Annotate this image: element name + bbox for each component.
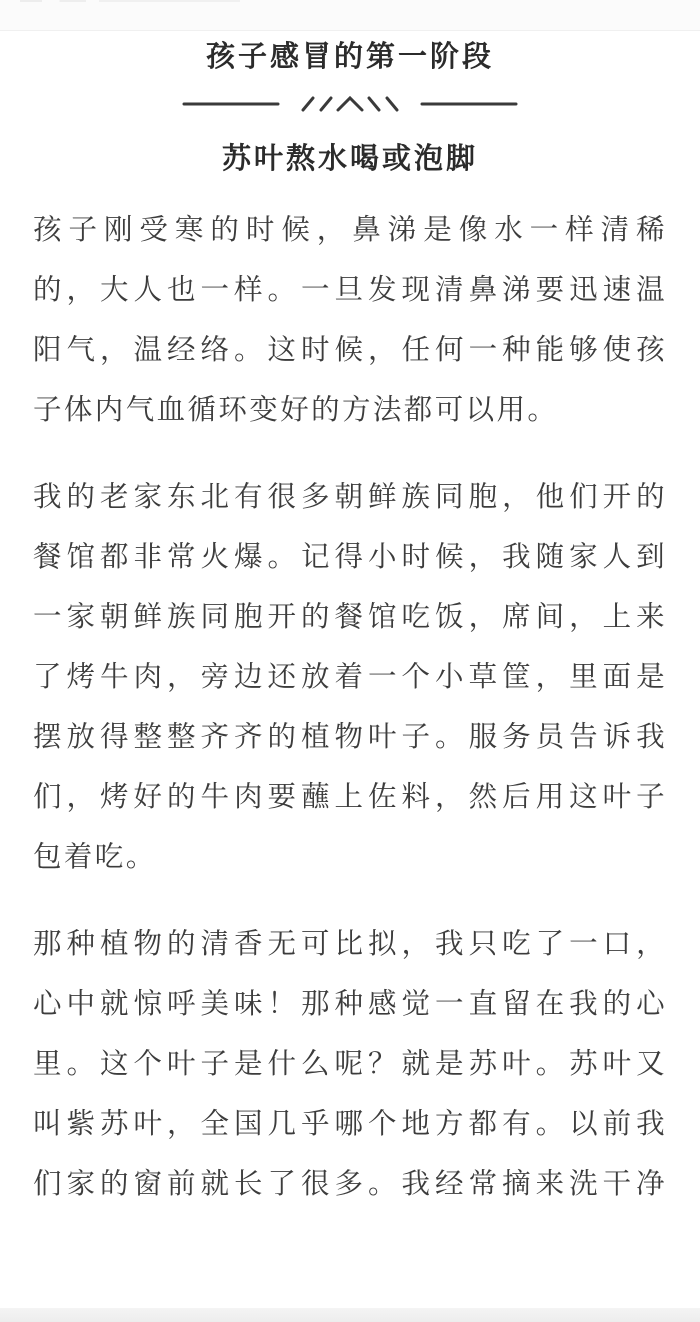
- text-line: 的，大人也一样。一旦发现清鼻涕要迅速温: [33, 260, 667, 320]
- text-line: 我的老家东北有很多朝鲜族同胞，他们开的: [33, 467, 667, 527]
- paragraph-2: 我的老家东北有很多朝鲜族同胞，他们开的 餐馆都非常火爆。记得小时候，我随家人到 …: [33, 467, 667, 887]
- text-line: 阳气，温经络。这时候，任何一种能够使孩: [33, 320, 667, 380]
- text-line: 们家的窗前就长了很多。我经常摘来洗干净: [33, 1154, 667, 1214]
- paragraph-1: 孩子刚受寒的时候，鼻涕是像水一样清稀 的，大人也一样。一旦发现清鼻涕要迅速温 阳…: [33, 200, 667, 440]
- text-line: 一家朝鲜族同胞开的餐馆吃饭，席间，上来: [33, 587, 667, 647]
- paragraph-list: 孩子刚受寒的时候，鼻涕是像水一样清稀 的，大人也一样。一旦发现清鼻涕要迅速温 阳…: [0, 200, 700, 1214]
- text-line: 摆放得整整齐齐的植物叶子。服务员告诉我: [33, 707, 667, 767]
- text-line: 了烤牛肉，旁边还放着一个小草筐，里面是: [33, 647, 667, 707]
- article-body: 孩子感冒的第一阶段 苏叶熬水喝或泡脚 孩子刚受寒的时候，鼻涕是像水一样清稀 的，…: [0, 30, 700, 1241]
- cropped-previous-text: [20, 0, 240, 2]
- bottom-edge: [0, 1308, 700, 1322]
- text-line: 餐馆都非常火爆。记得小时候，我随家人到: [33, 527, 667, 587]
- ornament-divider-icon: [175, 90, 525, 116]
- text-line: 子体内气血循环变好的方法都可以用。: [33, 380, 667, 440]
- top-cropped-strip: [0, 0, 700, 31]
- paragraph-3: 那种植物的清香无可比拟，我只吃了一口， 心中就惊呼美味！那种感觉一直留在我的心 …: [33, 914, 667, 1214]
- text-line: 那种植物的清香无可比拟，我只吃了一口，: [33, 914, 667, 974]
- section-subtitle: 苏叶熬水喝或泡脚: [0, 136, 700, 180]
- text-line: 叫紫苏叶，全国几乎哪个地方都有。以前我: [33, 1094, 667, 1154]
- text-line: 们，烤好的牛肉要蘸上佐料，然后用这叶子: [33, 767, 667, 827]
- text-line: 里。这个叶子是什么呢？就是苏叶。苏叶又: [33, 1034, 667, 1094]
- section-title: 孩子感冒的第一阶段: [0, 30, 700, 82]
- text-line: 孩子刚受寒的时候，鼻涕是像水一样清稀: [33, 200, 667, 260]
- text-line: 包着吃。: [33, 827, 667, 887]
- text-line: 心中就惊呼美味！那种感觉一直留在我的心: [33, 974, 667, 1034]
